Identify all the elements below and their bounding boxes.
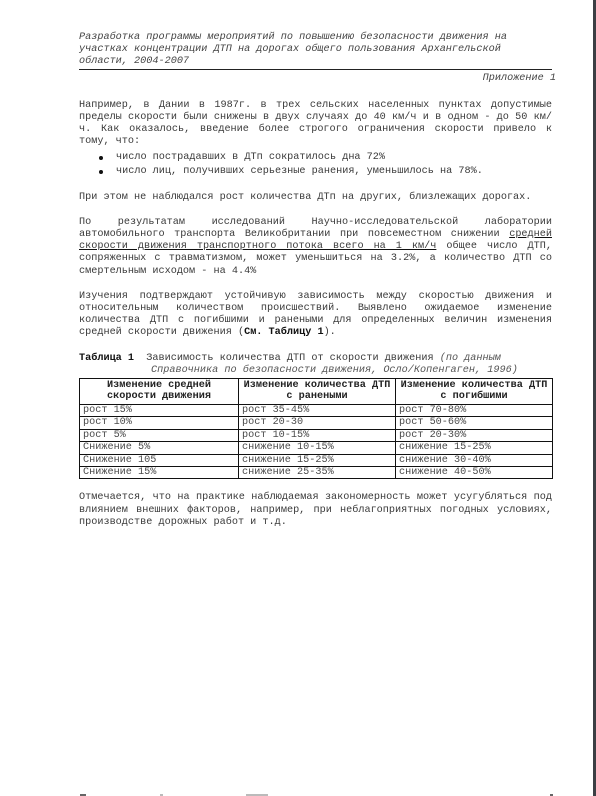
table-cell: снижение 15-25% [396, 442, 553, 454]
table-cell: рост 15% [80, 404, 239, 416]
table-header-row: Изменение средней скорости движения Изме… [80, 379, 553, 405]
table-cell: снижение 15-25% [239, 454, 396, 466]
table-row: рост 5% рост 10-15% рост 20-30% [80, 429, 553, 441]
paragraph-no-growth: При этом не наблюдался рост количества Д… [79, 192, 552, 204]
column-header-killed: Изменение количества ДТП с погибшими [396, 379, 553, 405]
table-cell: Снижение 15% [80, 466, 239, 478]
running-header: Разработка программы мероприятий по повы… [79, 32, 552, 70]
table-cell: снижение 30-40% [396, 454, 553, 466]
list-item: число лиц, получивших серьезные ранения,… [97, 165, 552, 179]
table-cell: рост 10% [80, 417, 239, 429]
table-cell: Снижение 105 [80, 454, 239, 466]
table-reference: См. Таблицу 1 [244, 327, 323, 338]
table-cell: рост 70-80% [396, 404, 553, 416]
text: ). [324, 327, 336, 338]
table-caption-source: (по данным [440, 353, 501, 364]
paragraph-studies: Изучения подтверждают устойчивую зависим… [79, 291, 552, 340]
paragraph-uk-research: По результатам исследований Научно-иссле… [79, 217, 552, 278]
table-row: рост 10% рост 20-30 рост 50-60% [80, 417, 553, 429]
table-caption-text: Зависимость количества ДТП от скорости д… [146, 353, 439, 364]
table-cell: рост 50-60% [396, 417, 553, 429]
column-header-speed: Изменение средней скорости движения [80, 379, 239, 405]
table-row: рост 15% рост 35-45% рост 70-80% [80, 404, 553, 416]
paragraph-denmark: Например, в Дании в 1987г. в трех сельск… [79, 100, 552, 149]
table-caption: Таблица 1 Зависимость количества ДТП от … [79, 353, 552, 377]
text: По результатам исследований Научно-иссле… [79, 217, 552, 240]
appendix-label: Приложение 1 [79, 73, 556, 85]
paragraph-external-factors: Отмечается, что на практике наблюдаемая … [79, 492, 552, 529]
list-item: число пострадавших в ДТп сократилось дна… [97, 151, 552, 165]
table-cell: снижение 25-35% [239, 466, 396, 478]
table-row: Снижение 105 снижение 15-25% снижение 30… [80, 454, 553, 466]
table-cell: Снижение 5% [80, 442, 239, 454]
results-list: число пострадавших в ДТп сократилось дна… [79, 151, 552, 179]
table-cell: рост 20-30% [396, 429, 553, 441]
table-cell: снижение 10-15% [239, 442, 396, 454]
column-header-injured: Изменение количества ДТП с ранеными [239, 379, 396, 405]
table-caption-label: Таблица 1 [79, 353, 134, 364]
table-row: Снижение 15% снижение 25-35% снижение 40… [80, 466, 553, 478]
table-cell: снижение 40-50% [396, 466, 553, 478]
table-cell: рост 5% [80, 429, 239, 441]
table-cell: рост 35-45% [239, 404, 396, 416]
table-caption-source: Справочника по безопасности движения, Ос… [151, 365, 518, 376]
table-cell: рост 10-15% [239, 429, 396, 441]
table-row: Снижение 5% снижение 10-15% снижение 15-… [80, 442, 553, 454]
speed-accident-table: Изменение средней скорости движения Изме… [79, 378, 553, 479]
table-cell: рост 20-30 [239, 417, 396, 429]
document-page: Разработка программы мероприятий по повы… [79, 32, 552, 529]
